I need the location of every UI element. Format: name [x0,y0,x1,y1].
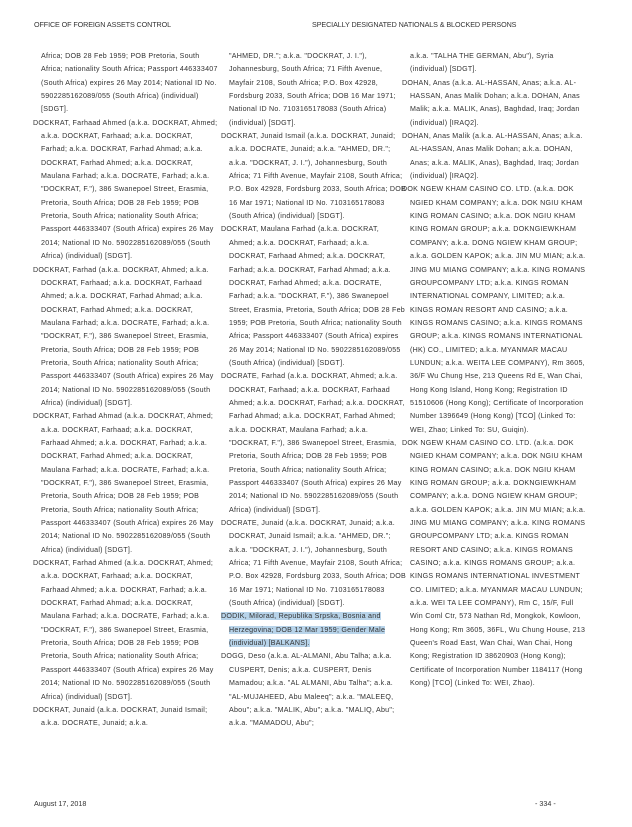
sdn-entry: DOGG, Deso (a.k.a. AL-ALMANI, Abu Talha;… [221,650,406,730]
page-number: - 334 - [535,799,556,808]
sdn-entry: "AHMED, DR."; a.k.a. "DOCKRAT, J. I."), … [221,50,406,130]
column-3: a.k.a. "TALHA THE GERMAN, Abu"), Syria (… [402,50,587,691]
header-agency: OFFICE OF FOREIGN ASSETS CONTROL [34,20,171,29]
sdn-entry: DOK NGEW KHAM CASINO CO. LTD. (a.k.a. DO… [402,183,587,437]
footer-date: August 17, 2018 [34,799,86,808]
sdn-entry: DOCRATE, Junaid (a.k.a. DOCKRAT, Junaid;… [221,517,406,610]
sdn-entry: Africa; DOB 28 Feb 1959; POB Pretoria, S… [33,50,218,117]
sdn-entry: DOHAN, Anas (a.k.a. AL-HASSAN, Anas; a.k… [402,77,587,130]
sdn-entry-highlighted[interactable]: DODIK, Milorad, Republika Srpska, Bosnia… [221,610,406,650]
selected-text[interactable]: DODIK, Milorad, Republika Srpska, Bosnia… [221,612,385,647]
sdn-entry: DOK NGEW KHAM CASINO CO. LTD. (a.k.a. DO… [402,437,587,691]
sdn-entry: DOCKRAT, Farhad Ahmed (a.k.a. DOCKRAT, A… [33,557,218,704]
sdn-entry: DOCKRAT, Farhad Ahmad (a.k.a. DOCKRAT, A… [33,410,218,557]
header-list-title: SPECIALLY DESIGNATED NATIONALS & BLOCKED… [312,20,516,29]
sdn-entry: DOCKRAT, Maulana Farhad (a.k.a. DOCKRAT,… [221,223,406,370]
column-2: "AHMED, DR."; a.k.a. "DOCKRAT, J. I."), … [221,50,406,731]
sdn-entry: DOCKRAT, Junaid (a.k.a. DOCKRAT, Junaid … [33,704,218,731]
sdn-entry: DOHAN, Anas Malik (a.k.a. AL-HASSAN, Ana… [402,130,587,183]
column-1: Africa; DOB 28 Feb 1959; POB Pretoria, S… [33,50,218,731]
sdn-entry: DOCKRAT, Farhaad Ahmed (a.k.a. DOCKRAT, … [33,117,218,264]
sdn-entry: a.k.a. "TALHA THE GERMAN, Abu"), Syria (… [402,50,587,77]
sdn-entry: DOCKRAT, Junaid Ismail (a.k.a. DOCKRAT, … [221,130,406,223]
sdn-entry: DOCRATE, Farhad (a.k.a. DOCKRAT, Ahmed; … [221,370,406,517]
sdn-entry: DOCKRAT, Farhad (a.k.a. DOCKRAT, Ahmed; … [33,264,218,411]
